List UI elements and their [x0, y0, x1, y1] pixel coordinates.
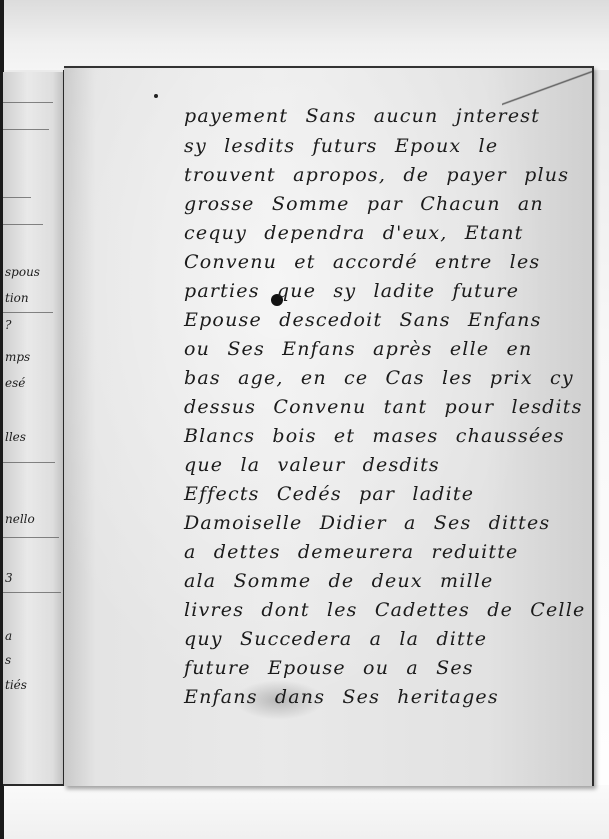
left-fragment: ?: [5, 318, 11, 332]
ruled-line: [3, 312, 53, 313]
left-fragment: mps: [5, 350, 30, 364]
ruled-line: [3, 129, 49, 130]
ruled-line: [3, 102, 53, 103]
left-fragment: a: [5, 629, 12, 643]
left-fragment: nello: [5, 512, 35, 526]
right-page: payement Sans aucun jnterest sy lesdits …: [64, 66, 594, 786]
ruled-line: [3, 537, 59, 538]
ruled-line: [3, 462, 55, 463]
ink-speck: [154, 94, 158, 98]
left-page-fragment: spous tion ? mps esé lles nello 3 a s ti…: [3, 72, 65, 786]
scanner-background-bottom: [0, 785, 609, 839]
left-fragment: esé: [5, 376, 25, 390]
left-fragment: tiés: [5, 678, 27, 692]
left-fragment: s: [5, 653, 11, 667]
manuscript-line: Enfans dans Ses heritages: [184, 679, 584, 715]
ruled-line: [3, 224, 43, 225]
scanner-background-top: [0, 0, 609, 70]
left-fragment: 3: [5, 571, 13, 585]
left-fragment: lles: [5, 430, 26, 444]
left-fragment: tion: [5, 291, 29, 305]
ruled-line: [3, 197, 31, 198]
left-fragment: spous: [5, 265, 40, 279]
ruled-line: [3, 592, 61, 593]
